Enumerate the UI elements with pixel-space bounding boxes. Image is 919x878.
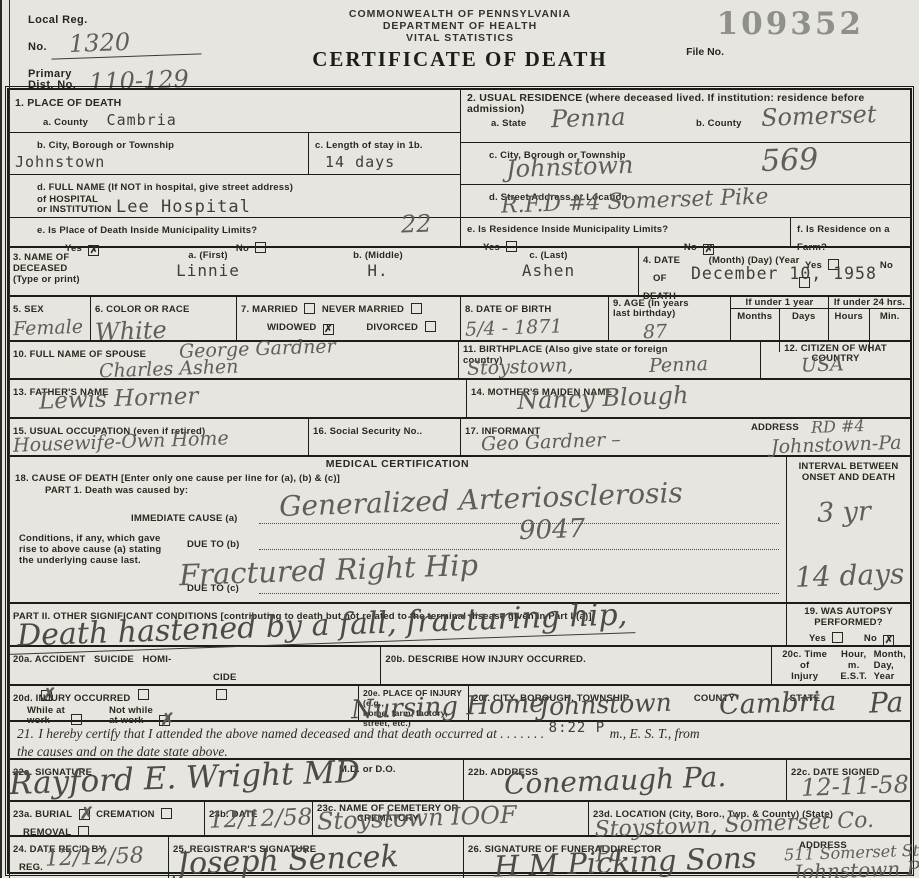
section-signature: 22a. SIGNATURE M.D. or D.O. Rayford E. W…	[9, 760, 464, 800]
residence-limits-label: e. Is Residence Inside Municipality Limi…	[467, 224, 668, 235]
row-parents: 13. FATHER'S NAME Lewis Horner 14. MOTHE…	[9, 380, 910, 419]
under-24-hrs-label: If under 24 hrs.	[829, 297, 910, 309]
residence-county-value: Somerset	[761, 100, 877, 132]
interval-label: INTERVAL BETWEENONSET AND DEATH	[791, 459, 906, 483]
hospital-name-sublabel: of HOSPITALor INSTITUTION	[37, 195, 112, 215]
row-registrar: 24. DATE REC'D BY REG. 12/12/58 25. REGI…	[9, 837, 910, 878]
section-date-signed: 22c. DATE SIGNED 12-11-58	[787, 760, 910, 800]
burial-checkbox: ✗	[79, 809, 90, 820]
section-how-injury-occurred: 20b. DESCRIBE HOW INJURY OCCURRED.	[381, 647, 771, 684]
birthplace-state-value: Penna	[649, 353, 709, 377]
section-cemetery-name: 23c. NAME OF CEMETERY ORCREMATORY Stoyst…	[313, 802, 589, 835]
city-value: Johnstown	[15, 153, 105, 171]
section-color-race: 6. COLOR OR RACE White	[91, 297, 237, 340]
first-name-label: a. (First)	[123, 250, 293, 261]
row-physician-signature: 22a. SIGNATURE M.D. or D.O. Rayford E. W…	[9, 760, 910, 802]
section-autopsy: 19. WAS AUTOPSYPERFORMED? Yes No ✗	[787, 604, 910, 645]
row-place-residence: 1. PLACE OF DEATH a. County Cambria b. C…	[9, 90, 910, 248]
section-father: 13. FATHER'S NAME Lewis Horner	[9, 380, 467, 417]
registrar-signature-value: Joseph Sencek	[176, 839, 399, 878]
widowed-checkbox: ✗	[323, 324, 334, 335]
file-no-label: File No.	[686, 46, 724, 58]
certify-line2: the causes and on the date state above.	[17, 744, 228, 759]
sex-value: Female	[13, 316, 84, 340]
cemetery-value: Stoystown IOOF	[317, 801, 517, 836]
autopsy-yes-checkbox	[832, 632, 843, 643]
certify-num: 21.	[17, 726, 34, 741]
residence-state-label: a. State	[491, 118, 526, 129]
row-sex-race-age: 5. SEX Female 6. COLOR OR RACE White 7. …	[9, 297, 910, 342]
section-mother: 14. MOTHER'S MAIDEN NAME Nancy Blough	[467, 380, 910, 417]
section-under-1-year: If under 1 year Months Days	[731, 297, 829, 340]
title-block: COMMONWEALTH OF PENNSYLVANIA DEPARTMENT …	[250, 8, 670, 72]
section-accident-suicide-homicide: 20a. ACCIDENT SUICIDE HOMI- CIDE ✗	[9, 647, 381, 684]
certificate-title: CERTIFICATE OF DEATH	[250, 47, 670, 72]
age-value: 87	[643, 321, 668, 344]
length-of-stay-value: 14 days	[325, 153, 395, 171]
section-citizen: 12. CITIZEN OF WHATCOUNTRY USA	[761, 342, 910, 378]
widowed-label: WIDOWED	[267, 322, 316, 333]
funeral-director-address-2: Johnstown Pa	[794, 856, 919, 878]
length-of-stay-label: c. Length of stay in 1b.	[315, 140, 423, 151]
citizen-value: USA	[801, 353, 844, 376]
interval-c-value: 14 days	[794, 557, 904, 594]
birthplace-value: Stoystown,	[467, 354, 574, 380]
date-of-death-label: 4. DATE	[643, 255, 680, 266]
immediate-cause-label: IMMEDIATE CAUSE (a)	[131, 513, 238, 524]
cide-label: CIDE	[213, 672, 237, 683]
section-cause-of-death: MEDICAL CERTIFICATION 18. CAUSE OF DEATH…	[9, 457, 787, 602]
burial-date-value: 12/12/58	[209, 804, 313, 834]
informant-address-label: ADDRESS	[751, 422, 799, 433]
section-injury-occurred: 20d. INJURY OCCURRED While atwork Not wh…	[9, 686, 359, 720]
removal-checkbox	[78, 826, 89, 837]
section-informant: 17. INFORMANT ADDRESS Geo Gardner – RD #…	[461, 419, 910, 455]
time-of-injury-label: 20c. TimeofInjury	[776, 649, 834, 682]
due-to-c-label: DUE TO (c)	[187, 583, 239, 594]
section-burial-cremation: 23a. BURIAL ✗ CREMATION REMOVAL	[9, 802, 205, 835]
section-place-of-injury: 20e. PLACE OF INJURY (e.g.,home, farm, f…	[359, 686, 469, 720]
margin-note-22: 22	[401, 209, 433, 238]
residence-county-label: b. County	[696, 118, 742, 129]
commonwealth-line: COMMONWEALTH OF PENNSYLVANIA	[250, 8, 670, 20]
section-cemetery-location: 23d. LOCATION (City, Boro., Twp. & Count…	[589, 802, 910, 835]
spouse-label: 10. FULL NAME OF SPOUSE	[13, 349, 146, 360]
signature-value: Rayford E. Wright MD	[8, 754, 360, 802]
section-name-of-deceased: 3. NAME OFDECEASED(Type or print) a. (Fi…	[9, 248, 639, 295]
burial-label: 23a. BURIAL	[13, 809, 72, 820]
certify-line1b: m., E. S. T., from	[610, 726, 700, 741]
section-physician-address: 22b. ADDRESS Conemaugh Pa.	[464, 760, 787, 800]
local-reg-label: Local Reg.	[28, 14, 88, 26]
place-of-death-title: 1. PLACE OF DEATH	[15, 97, 121, 109]
last-name-value: Ashen	[463, 261, 634, 280]
part1-label: PART 1. Death was caused by:	[45, 485, 188, 496]
cause-b-line	[259, 549, 779, 550]
section-time-of-injury: 20c. TimeofInjury Hour,m.E.S.T. Month, D…	[772, 647, 910, 684]
spouse-value-2: Charles Ashen	[99, 356, 239, 383]
medical-certification-title: MEDICAL CERTIFICATION	[9, 457, 786, 470]
cremation-label: CREMATION	[96, 809, 155, 820]
sex-label: 5. SEX	[13, 304, 44, 315]
physician-address-value: Conemaugh Pa.	[503, 760, 726, 801]
city-label: b. City, Borough or Township	[37, 140, 174, 151]
hospital-value: Lee Hospital	[116, 197, 251, 217]
row-part2-autopsy: PART II. OTHER SIGNIFICANT CONDITIONS [c…	[9, 604, 910, 647]
date-signed-value: 12-11-58	[801, 770, 910, 802]
row-medical-certification: MEDICAL CERTIFICATION 18. CAUSE OF DEATH…	[9, 457, 910, 604]
section-interval: INTERVAL BETWEENONSET AND DEATH 3 yr 14 …	[787, 457, 910, 602]
injury-county-value: Cambria	[718, 686, 836, 721]
ssn-label: 16. Social Security No..	[313, 426, 422, 437]
mother-value: Nancy Blough	[517, 381, 689, 415]
cause-of-death-label: 18. CAUSE OF DEATH [Enter only one cause…	[15, 473, 340, 484]
age-label: 9. AGE (In yearslast birthday)	[613, 299, 689, 319]
death-certificate-scan: Local Reg. No. 1320 PrimaryDist. No. 110…	[0, 0, 919, 878]
middle-name-value: H.	[293, 261, 463, 280]
date-received-reg-label: REG.	[19, 862, 43, 873]
conditions-note: Conditions, if any, which gave rise to a…	[19, 533, 169, 566]
autopsy-no-label: No	[864, 633, 877, 644]
time-hour-label: Hour,m.E.S.T.	[834, 649, 874, 682]
autopsy-no-checkbox: ✗	[883, 635, 894, 646]
under-1-year-label: If under 1 year	[731, 297, 828, 309]
section-date-of-birth: 8. DATE OF BIRTH 5/4 - 1871	[461, 297, 609, 340]
death-limits-label: e. Is Place of Death Inside Municipality…	[37, 225, 257, 236]
divorced-checkbox	[425, 321, 436, 332]
section-burial-date: 23b. DATE 12/12/58	[205, 802, 313, 835]
vital-statistics-line: VITAL STATISTICS	[250, 32, 670, 44]
section-age: 9. AGE (In yearslast birthday) 87	[609, 297, 731, 340]
cause-c-line	[259, 593, 779, 594]
section-certify: 21. I hereby certify that I attended the…	[9, 722, 910, 758]
row-injury-type: 20a. ACCIDENT SUICIDE HOMI- CIDE ✗ 20b. …	[9, 647, 910, 686]
row-injury-place: 20d. INJURY OCCURRED While atwork Not wh…	[9, 686, 910, 722]
row-spouse-birthplace: 10. FULL NAME OF SPOUSE George Gardner C…	[9, 342, 910, 380]
date-of-birth-value: 5/4 - 1871	[465, 315, 563, 340]
how-injury-label: 20b. DESCRIBE HOW INJURY OCCURRED.	[385, 654, 586, 665]
certificate-form: 1. PLACE OF DEATH a. County Cambria b. C…	[7, 88, 912, 874]
local-registration-block: Local Reg. No. 1320 PrimaryDist. No. 110…	[28, 10, 278, 95]
row-certify-statement: 21. I hereby certify that I attended the…	[9, 722, 910, 760]
name-of-deceased-label: 3. NAME OFDECEASED(Type or print)	[13, 250, 123, 293]
section-spouse: 10. FULL NAME OF SPOUSE George Gardner C…	[9, 342, 459, 378]
code-note-9047: 9047	[518, 514, 585, 546]
date-of-death-of: OF	[653, 273, 667, 284]
certificate-header: Local Reg. No. 1320 PrimaryDist. No. 110…	[0, 0, 919, 88]
hospital-name-label: d. FULL NAME (If NOT in hospital, give s…	[37, 182, 293, 193]
section-funeral-director: 26. SIGNATURE OF FUNERAL DIRECTOR ADDRES…	[464, 837, 910, 878]
residence-city-value: Johnstown	[506, 151, 634, 183]
married-label: 7. MARRIED	[241, 304, 298, 315]
never-married-checkbox	[411, 303, 422, 314]
row-burial: 23a. BURIAL ✗ CREMATION REMOVAL 23b. DAT…	[9, 802, 910, 837]
divorced-label: DIVORCED	[366, 322, 418, 333]
last-name-label: c. (Last)	[463, 250, 634, 261]
injury-state-value: Pa	[868, 685, 903, 719]
row-name-date: 3. NAME OFDECEASED(Type or print) a. (Fi…	[9, 248, 910, 297]
injury-occurred-label: 20d. INJURY OCCURRED	[13, 693, 131, 704]
section-ssn: 16. Social Security No..	[309, 419, 461, 455]
time-month-day-year-label: Month, Day, Year	[874, 649, 906, 682]
section-birthplace: 11. BIRTHPLACE (Also give state or forei…	[459, 342, 761, 378]
section-part2-conditions: PART II. OTHER SIGNIFICANT CONDITIONS [c…	[9, 604, 787, 645]
residence-state-value: Penna	[551, 103, 626, 134]
file-number-stamp: 109352	[717, 6, 864, 42]
due-to-b-label: DUE TO (b)	[187, 539, 240, 550]
section-date-received: 24. DATE REC'D BY REG. 12/12/58	[9, 837, 169, 878]
date-of-birth-label: 8. DATE OF BIRTH	[465, 304, 551, 315]
local-reg-no-label: No.	[28, 41, 47, 53]
county-label: a. County	[43, 117, 88, 128]
autopsy-label: 19. WAS AUTOPSYPERFORMED?	[791, 606, 906, 628]
interval-a-value: 3 yr	[816, 496, 871, 529]
section-date-of-death: 4. DATE (Month) (Day) (Year OF DEATH Dec…	[639, 248, 910, 295]
section-registrar-signature: 25. REGISTRAR'S SIGNATURE Joseph Sencek	[169, 837, 464, 878]
certify-line1: I hereby certify that I attended the abo…	[38, 726, 544, 741]
injury-city-value: Johnstown	[539, 688, 673, 722]
certify-time-value: 8:22 P	[549, 720, 606, 736]
never-married-label: NEVER MARRIED	[322, 304, 404, 315]
margin-note-569: 569	[760, 142, 818, 179]
first-name-value: Linnie	[123, 261, 293, 280]
date-received-value: 12/12/58	[45, 843, 145, 871]
row-occupation-informant: 15. USUAL OCCUPATION (even if retired) H…	[9, 419, 910, 457]
local-reg-number: 1320	[51, 25, 202, 59]
color-race-label: 6. COLOR OR RACE	[95, 304, 190, 315]
date-of-death-value: December 10, 1958	[691, 264, 877, 283]
county-value: Cambria	[107, 111, 177, 129]
section-usual-residence: 2. USUAL RESIDENCE (where deceased lived…	[461, 90, 910, 246]
section-under-24-hrs: If under 24 hrs. Hours Min.	[829, 297, 910, 340]
informant-address-value-2: Johnstown-Pa	[771, 432, 902, 459]
residence-street-value: R.F.D #4 Somerset Pike	[501, 184, 769, 218]
married-checkbox	[304, 303, 315, 314]
accident-row-label: 20a. ACCIDENT SUICIDE HOMI-	[13, 654, 171, 665]
department-line: DEPARTMENT OF HEALTH	[250, 20, 670, 32]
informant-value: Geo Gardner –	[481, 429, 621, 456]
autopsy-yes-label: Yes	[809, 633, 826, 644]
father-value: Lewis Horner	[39, 383, 199, 415]
section-marital-status: 7. MARRIED NEVER MARRIED WIDOWED ✗ DIVOR…	[237, 297, 461, 340]
section-sex: 5. SEX Female	[9, 297, 91, 340]
middle-name-label: b. (Middle)	[293, 250, 463, 261]
cremation-checkbox	[161, 808, 172, 819]
section-place-of-death: 1. PLACE OF DEATH a. County Cambria b. C…	[9, 90, 461, 246]
section-occupation: 15. USUAL OCCUPATION (even if retired) H…	[9, 419, 309, 455]
